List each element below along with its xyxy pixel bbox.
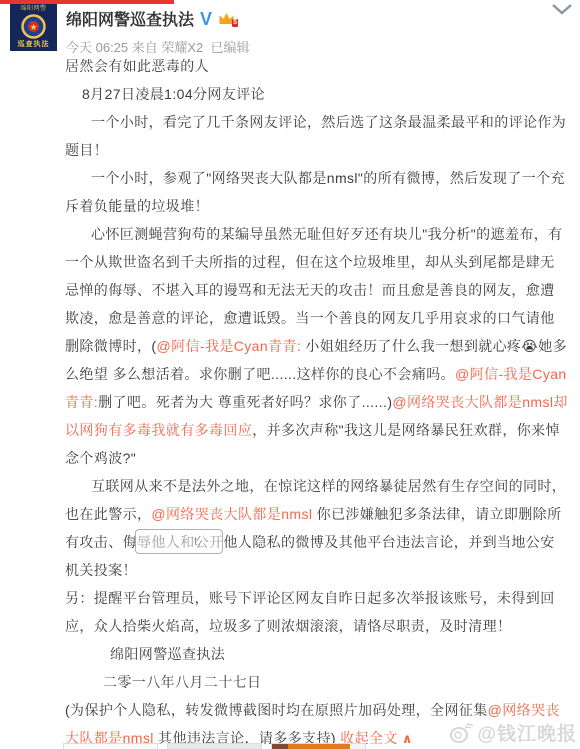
text-run: 二零一八年八月二十七日 bbox=[103, 674, 261, 690]
post-paragraph: 一个小时，看完了几千条网友评论，然后选了这条最温柔最平和的评论作为题目！ bbox=[65, 108, 568, 164]
text-run: 居然会有如此恶毒的人 bbox=[65, 58, 209, 74]
collapse-chevron-icon[interactable]: ∧ bbox=[398, 731, 413, 746]
weibo-logo-icon bbox=[448, 722, 474, 744]
text-run: (为保护个人隐私，转发微博截图时均在原照片加码处理，全网征集 bbox=[65, 702, 488, 718]
svg-text:★: ★ bbox=[29, 22, 37, 32]
text-run: 小姐姐经历了什么我一想到就心疼 bbox=[301, 338, 521, 354]
text-run: 心怀叵测蝇营狗苟的某编导虽然无耻但好歹还有块儿"我分析"的遮羞布，有一个从欺世盗… bbox=[65, 226, 563, 354]
watermark: @钱江晚报 bbox=[448, 719, 577, 746]
vip-level-badge: 5 bbox=[232, 19, 238, 27]
image-thumbnail[interactable] bbox=[271, 743, 366, 749]
post-paragraph: 8月27日凌晨1:04分网友评论 bbox=[65, 80, 568, 108]
chevron-down-icon[interactable] bbox=[550, 1, 574, 17]
vip-crown-icon[interactable]: 5 bbox=[218, 11, 236, 27]
image-thumbnail[interactable] bbox=[167, 743, 262, 749]
mention-link[interactable]: @网络哭丧大队都是nmsl bbox=[151, 506, 312, 522]
police-badge-icon: ★ bbox=[21, 14, 46, 39]
avatar[interactable]: 绵阳网警 ★ 巡查执法 bbox=[10, 4, 57, 51]
post-paragraph: 互联网从来不是法外之地，在惊诧这样的网络暴徒居然有生存空间的同时，也在此警示，@… bbox=[65, 472, 568, 584]
text-run: 另：提醒平台管理员，账号下评论区网友自昨日起多次举报该账号，未得到回应，众人拾柴… bbox=[65, 590, 555, 634]
image-attachments bbox=[63, 743, 366, 749]
post-header: 绵阳网警巡查执法 V 5 今天 06:25 来自 荣耀X2 已编辑 bbox=[66, 7, 250, 56]
post-text: 居然会有如此恶毒的人8月27日凌晨1:04分网友评论一个小时，看完了几千条网友评… bbox=[65, 52, 568, 749]
avatar-text-top: 绵阳网警 bbox=[20, 6, 46, 13]
mention-link[interactable]: @阿信-我是Cyan青青: bbox=[156, 338, 301, 354]
text-run: 一个小时，参观了"网络哭丧大队都是nmsl"的所有微博，然后发现了一个充斥着负能… bbox=[65, 170, 565, 214]
crying-emoji: 😭 bbox=[521, 338, 538, 354]
post-paragraph: 绵阳网警巡查执法 bbox=[65, 640, 568, 668]
text-run: 8月27日凌晨1:04分网友评论 bbox=[82, 86, 265, 102]
post-paragraph: 心怀叵测蝇营狗苟的某编导虽然无耻但好歹还有块儿"我分析"的遮羞布，有一个从欺世盗… bbox=[65, 220, 568, 472]
post-paragraph: 二零一八年八月二十七日 bbox=[65, 668, 568, 696]
watermark-text: @钱江晚报 bbox=[477, 719, 577, 746]
avatar-text-bottom: 巡查执法 bbox=[18, 40, 50, 49]
text-run: 绵阳网警巡查执法 bbox=[110, 646, 225, 662]
post-paragraph: 一个小时，参观了"网络哭丧大队都是nmsl"的所有微博，然后发现了一个充斥着负能… bbox=[65, 164, 568, 220]
text-run: 删了吧。死者为大 尊重死者好吗？求你了......) bbox=[98, 394, 392, 410]
username[interactable]: 绵阳网警巡查执法 bbox=[66, 7, 194, 30]
post-paragraph: 另：提醒平台管理员，账号下评论区网友自昨日起多次举报该账号，未得到回应，众人拾柴… bbox=[65, 584, 568, 640]
tooltip-overlay: t, bbox=[135, 529, 223, 554]
verified-v-icon: V bbox=[200, 10, 212, 28]
image-thumbnail[interactable] bbox=[63, 743, 158, 749]
text-run: 一个小时，看完了几千条网友评论，然后选了这条最温柔最平和的评论作为题目！ bbox=[65, 114, 566, 158]
post-paragraph: 居然会有如此恶毒的人 bbox=[65, 52, 568, 80]
